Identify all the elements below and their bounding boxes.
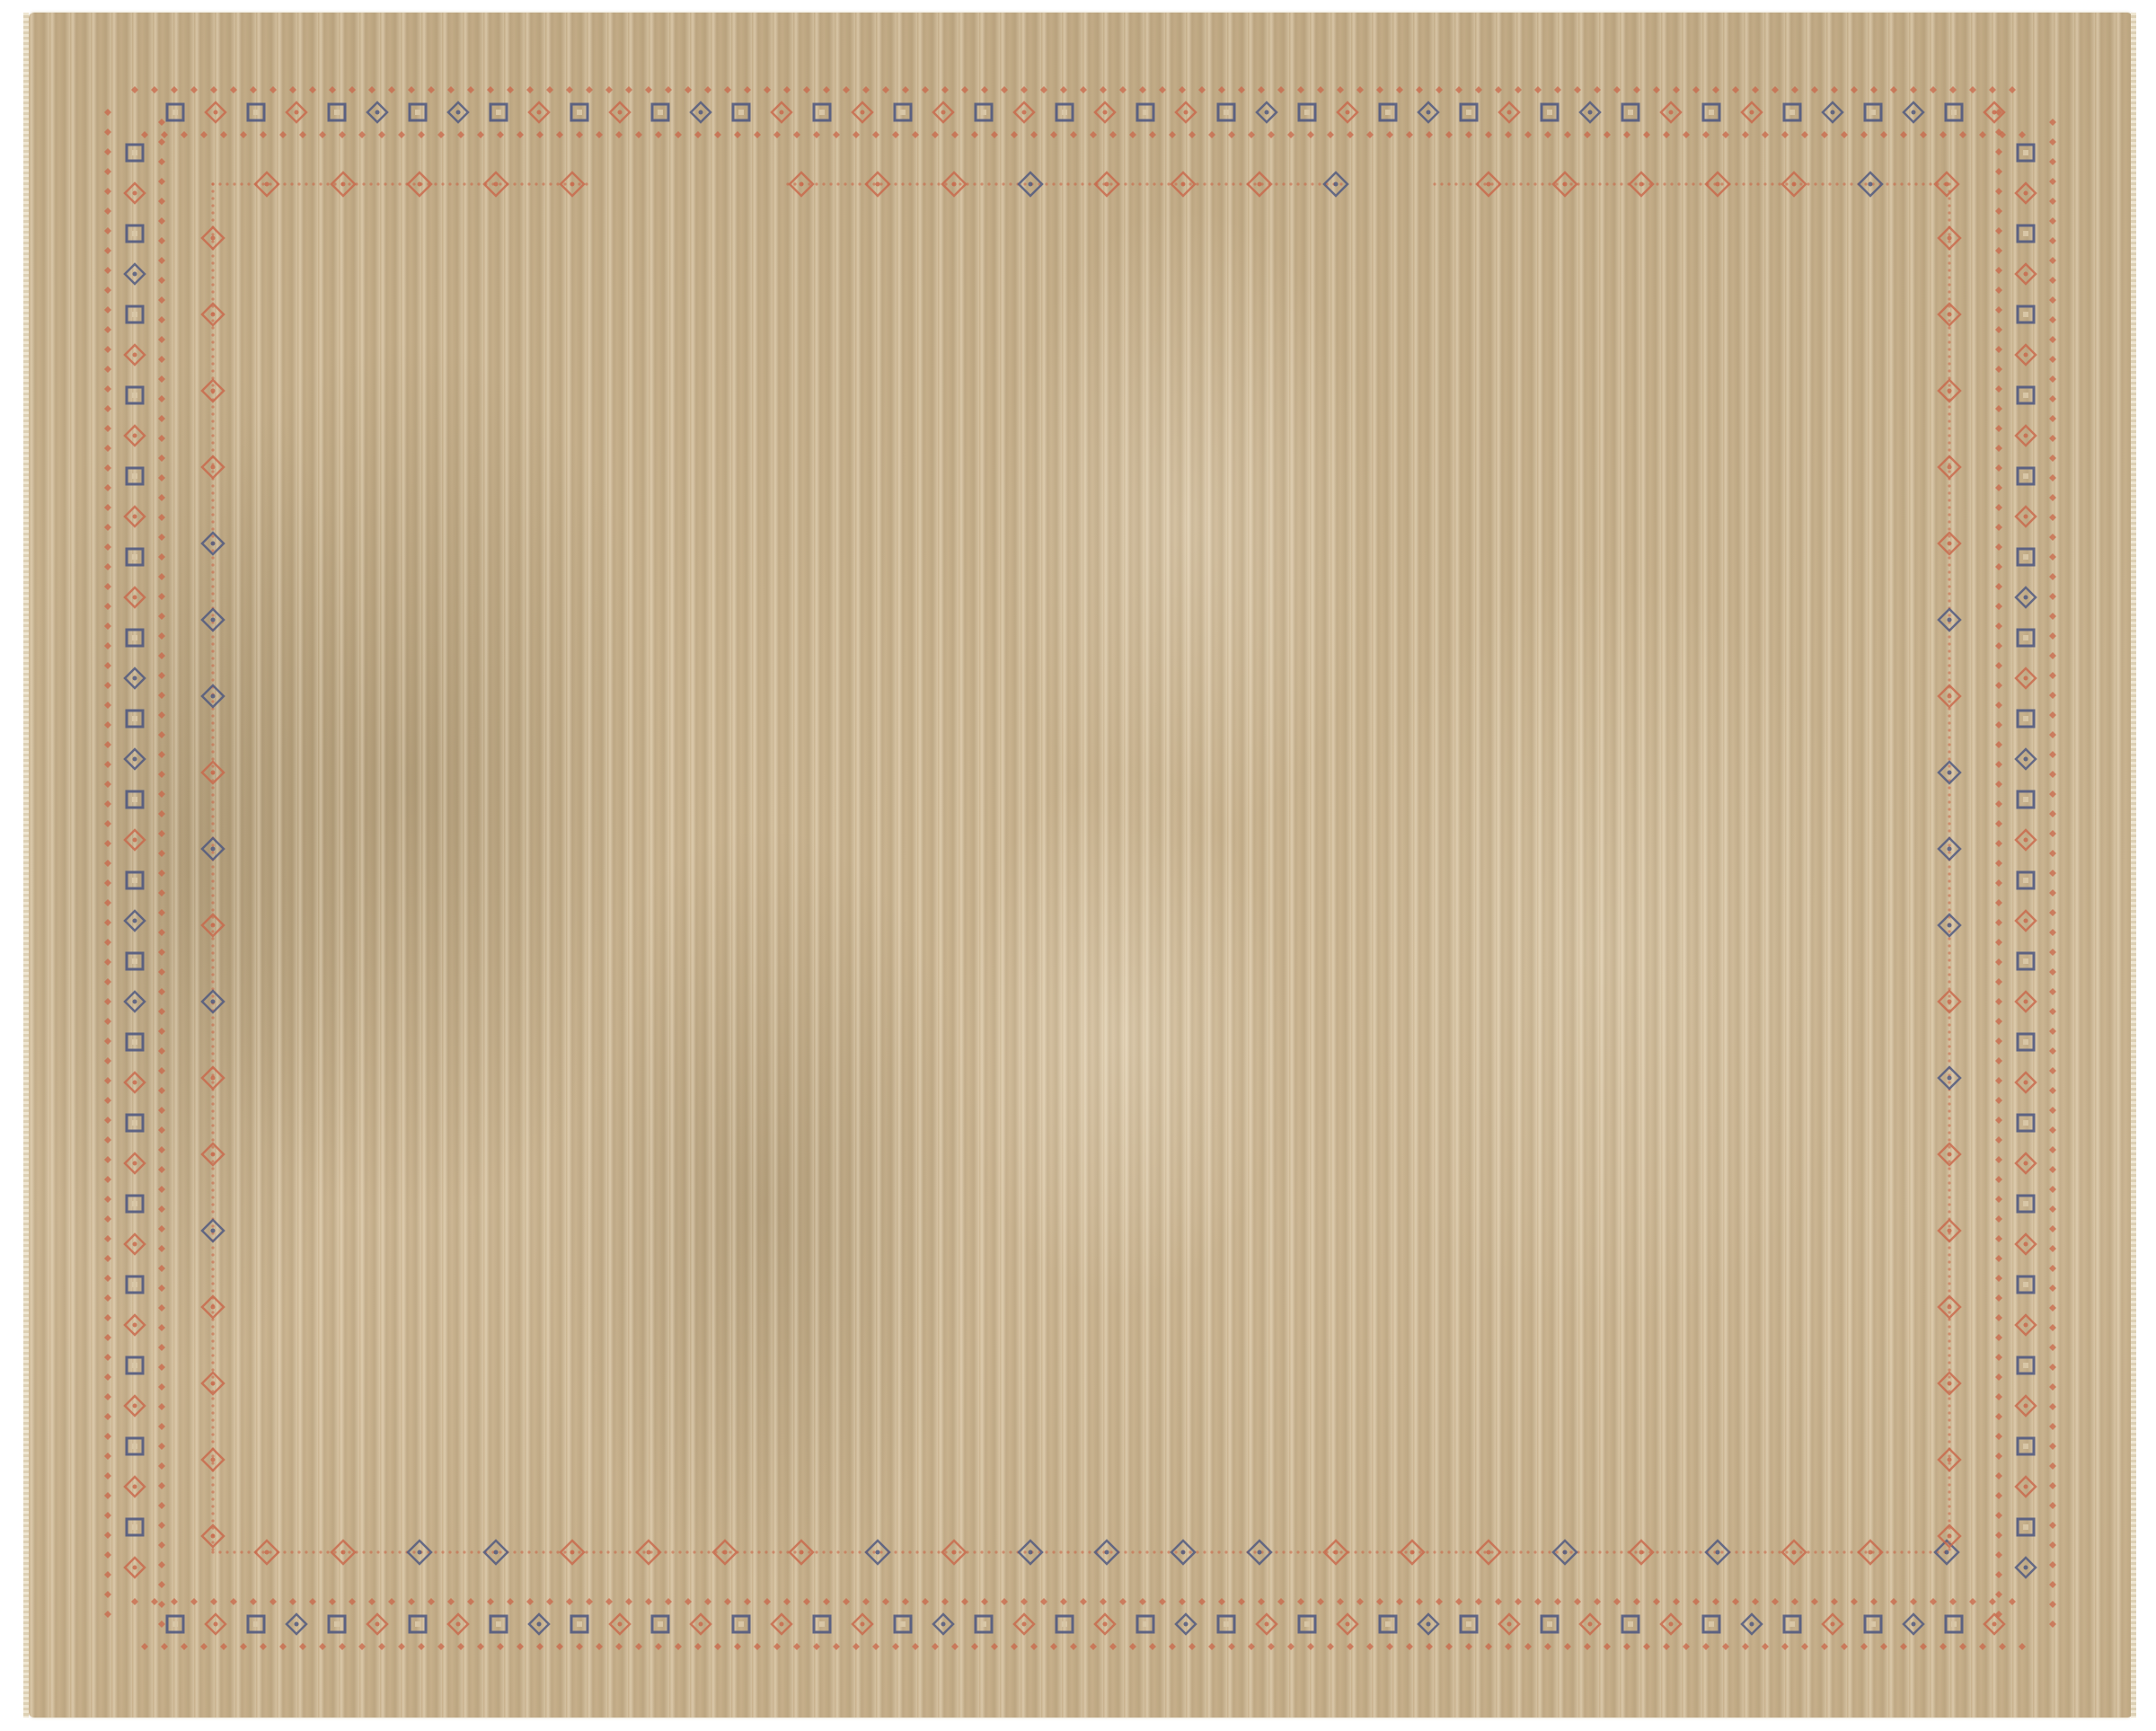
- rug-border-motifs: [0, 0, 2156, 1731]
